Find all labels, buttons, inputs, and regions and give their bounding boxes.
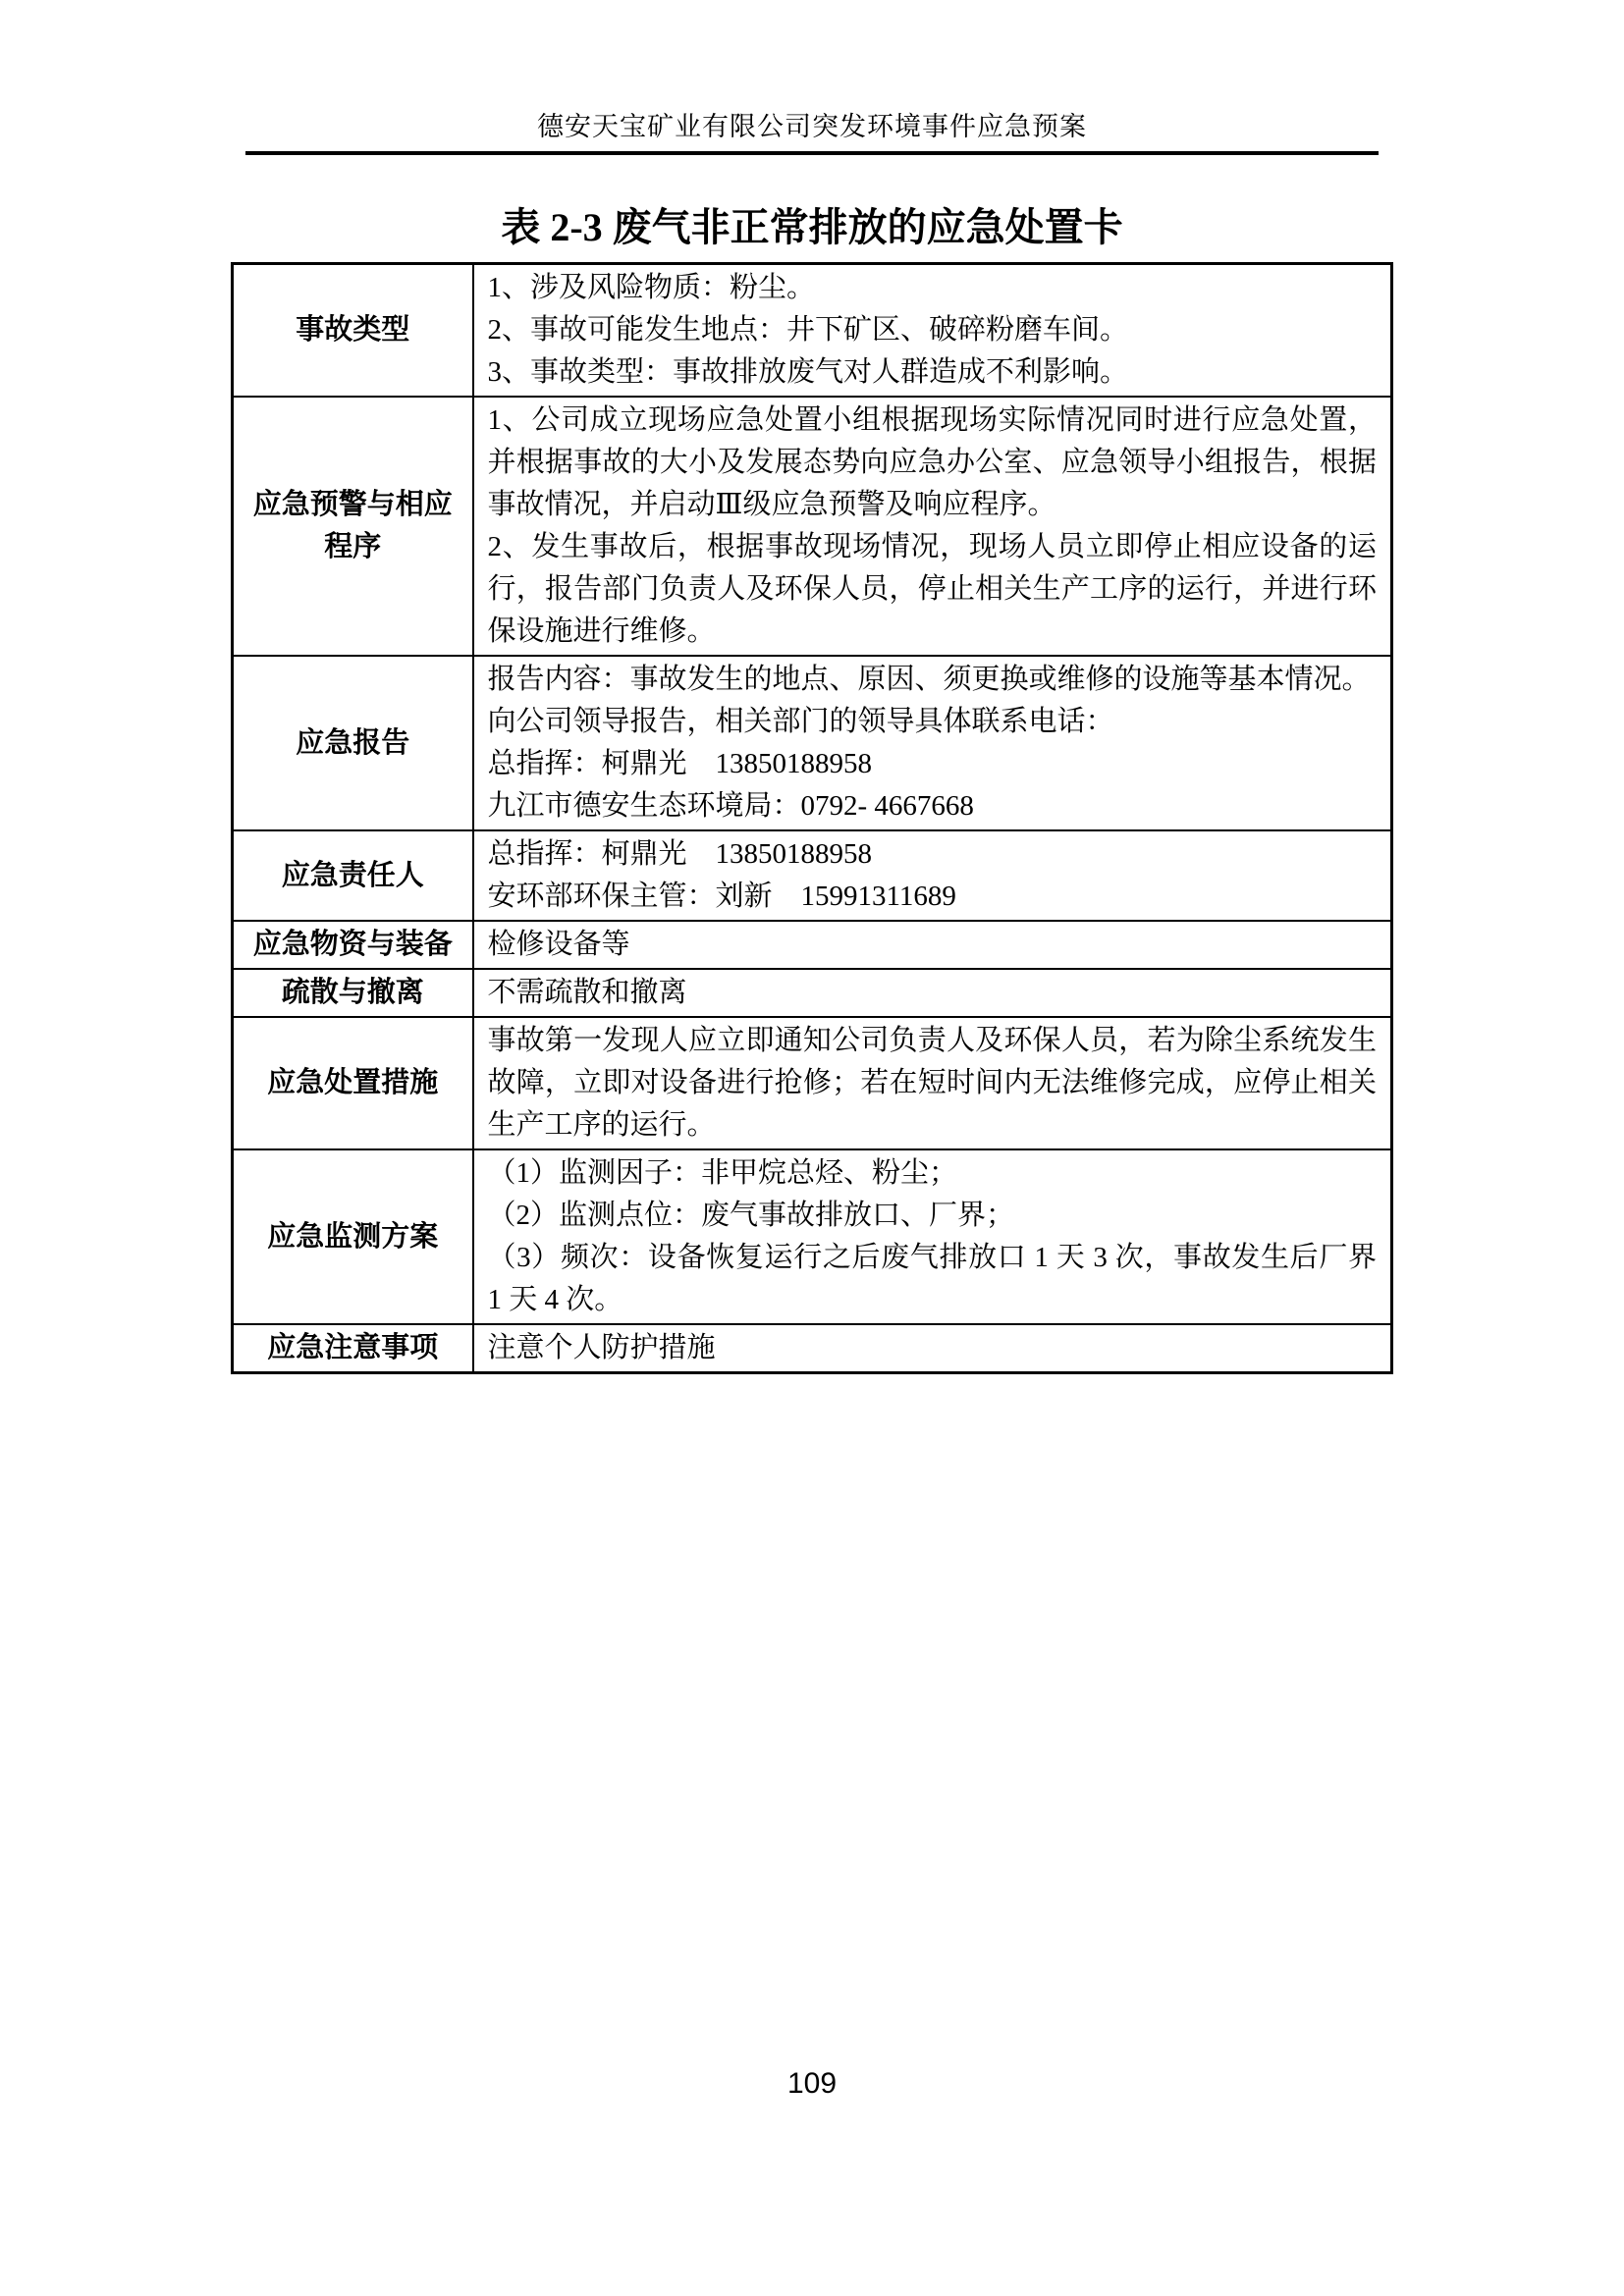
content-line: 安环部环保主管：刘新 15991311689 (488, 876, 1378, 918)
content-line: 总指挥：柯鼎光 13850188958 (488, 833, 1378, 876)
row-label: 应急注意事项 (233, 1324, 473, 1373)
row-label: 应急责任人 (233, 830, 473, 921)
content-line: 2、发生事故后，根据事故现场情况，现场人员立即停止相应设备的运行，报告部门负责人… (488, 526, 1378, 653)
row-content: 事故第一发现人应立即通知公司负责人及环保人员，若为除尘系统发生故障，立即对设备进… (473, 1017, 1392, 1149)
table-row: 应急报告报告内容：事故发生的地点、原因、须更换或维修的设施等基本情况。向公司领导… (233, 656, 1392, 830)
header-divider-rule (245, 151, 1379, 155)
table-row: 事故类型1、涉及风险物质：粉尘。2、事故可能发生地点：井下矿区、破碎粉磨车间。3… (233, 264, 1392, 398)
content-line: 1、公司成立现场应急处置小组根据现场实际情况同时进行应急处置，并根据事故的大小及… (488, 400, 1378, 526)
content-line: 向公司领导报告，相关部门的领导具体联系电话： (488, 701, 1378, 743)
content-line: 报告内容：事故发生的地点、原因、须更换或维修的设施等基本情况。 (488, 659, 1378, 701)
content-line: 九江市德安生态环境局：0792- 4667668 (488, 785, 1378, 828)
content-line: 3、事故类型：事故排放废气对人群造成不利影响。 (488, 351, 1378, 394)
table-row: 疏散与撤离不需疏散和撤离 (233, 969, 1392, 1017)
row-label: 应急处置措施 (233, 1017, 473, 1149)
content-line: 注意个人防护措施 (488, 1327, 1378, 1369)
row-content: 1、公司成立现场应急处置小组根据现场实际情况同时进行应急处置，并根据事故的大小及… (473, 397, 1392, 656)
content-line: （1）监测因子：非甲烷总烃、粉尘； (488, 1152, 1378, 1195)
row-label: 应急监测方案 (233, 1149, 473, 1324)
content-line: 不需疏散和撤离 (488, 972, 1378, 1014)
content-line: 检修设备等 (488, 924, 1378, 966)
content-line: 1、涉及风险物质：粉尘。 (488, 267, 1378, 309)
row-label: 事故类型 (233, 264, 473, 398)
content-line: 总指挥：柯鼎光 13850188958 (488, 743, 1378, 785)
table-row: 应急处置措施事故第一发现人应立即通知公司负责人及环保人员，若为除尘系统发生故障，… (233, 1017, 1392, 1149)
content-line: 事故第一发现人应立即通知公司负责人及环保人员，若为除尘系统发生故障，立即对设备进… (488, 1020, 1378, 1147)
row-content: 报告内容：事故发生的地点、原因、须更换或维修的设施等基本情况。向公司领导报告，相… (473, 656, 1392, 830)
card-table-body: 事故类型1、涉及风险物质：粉尘。2、事故可能发生地点：井下矿区、破碎粉磨车间。3… (233, 264, 1392, 1373)
table-row: 应急责任人总指挥：柯鼎光 13850188958安环部环保主管：刘新 15991… (233, 830, 1392, 921)
row-content: 注意个人防护措施 (473, 1324, 1392, 1373)
table-caption-title: 表 2-3 废气非正常排放的应急处置卡 (0, 202, 1624, 253)
row-label: 应急物资与装备 (233, 921, 473, 969)
page-header-title: 德安天宝矿业有限公司突发环境事件应急预案 (0, 110, 1624, 143)
table-row: 应急预警与相应程序1、公司成立现场应急处置小组根据现场实际情况同时进行应急处置，… (233, 397, 1392, 656)
row-label: 应急预警与相应程序 (233, 397, 473, 656)
row-content: 不需疏散和撤离 (473, 969, 1392, 1017)
content-line: （2）监测点位：废气事故排放口、厂界； (488, 1195, 1378, 1237)
content-line: 2、事故可能发生地点：井下矿区、破碎粉磨车间。 (488, 309, 1378, 351)
row-content: 1、涉及风险物质：粉尘。2、事故可能发生地点：井下矿区、破碎粉磨车间。3、事故类… (473, 264, 1392, 398)
row-label: 应急报告 (233, 656, 473, 830)
table-row: 应急物资与装备检修设备等 (233, 921, 1392, 969)
table-row: 应急注意事项注意个人防护措施 (233, 1324, 1392, 1373)
row-label: 疏散与撤离 (233, 969, 473, 1017)
row-content: 检修设备等 (473, 921, 1392, 969)
table-row: 应急监测方案（1）监测因子：非甲烷总烃、粉尘；（2）监测点位：废气事故排放口、厂… (233, 1149, 1392, 1324)
content-line: （3）频次：设备恢复运行之后废气排放口 1 天 3 次，事故发生后厂界 1 天 … (488, 1237, 1378, 1321)
row-content: （1）监测因子：非甲烷总烃、粉尘；（2）监测点位：废气事故排放口、厂界；（3）频… (473, 1149, 1392, 1324)
row-content: 总指挥：柯鼎光 13850188958安环部环保主管：刘新 1599131168… (473, 830, 1392, 921)
page-number: 109 (0, 2067, 1624, 2101)
emergency-response-card-table: 事故类型1、涉及风险物质：粉尘。2、事故可能发生地点：井下矿区、破碎粉磨车间。3… (231, 262, 1393, 1374)
